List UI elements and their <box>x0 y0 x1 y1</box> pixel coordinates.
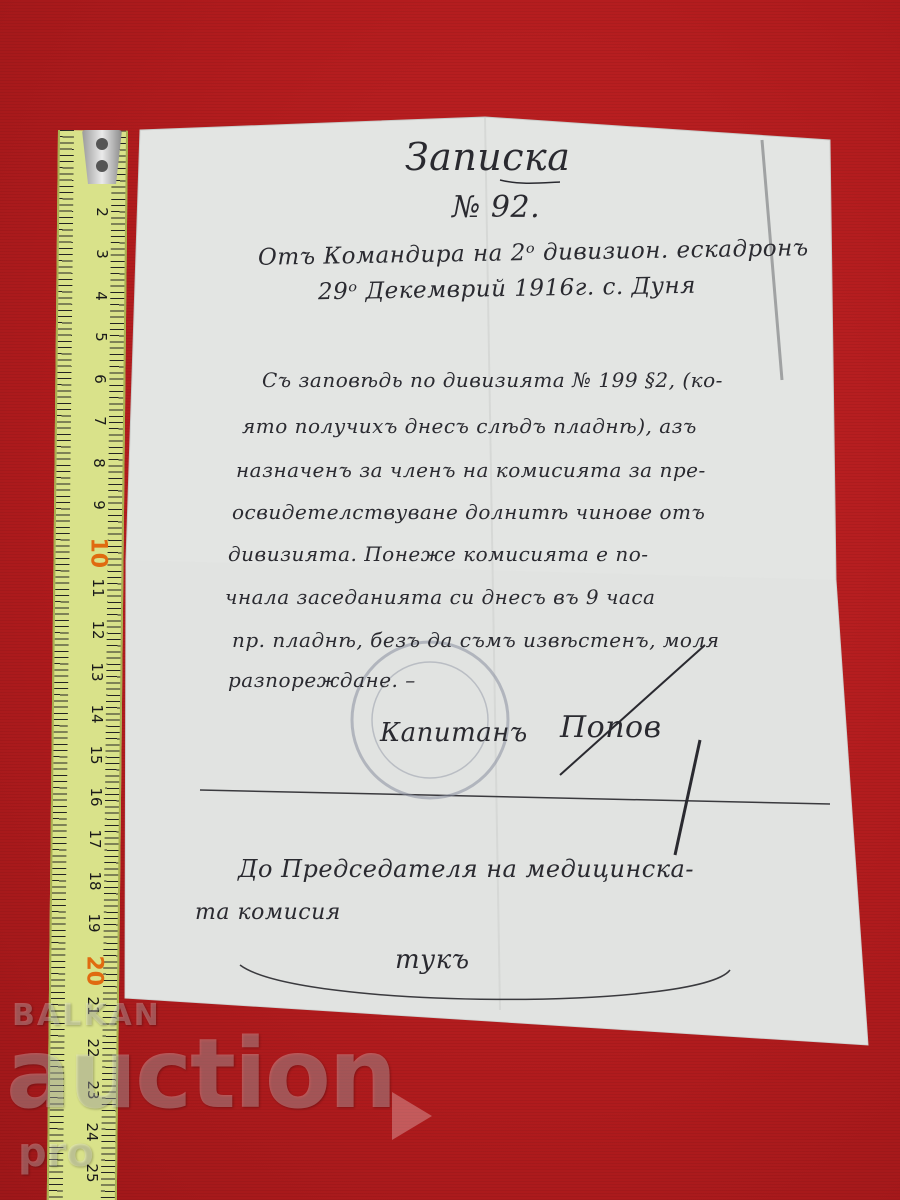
watermark-auction: auction <box>6 1018 395 1130</box>
document-number: № 92. <box>452 190 540 225</box>
signature-rank: Капитанъ <box>380 718 528 748</box>
watermark-pro: pro <box>18 1130 94 1176</box>
addressee-line: та комисия <box>195 900 341 925</box>
body-line: дивизията. Понеже комисията е по- <box>228 542 649 566</box>
body-line: пр. пладнѣ, безъ да съмъ извѣстенъ, моля <box>232 628 719 652</box>
body-line: чнала заседанията си днесъ въ 9 часа <box>225 585 655 609</box>
body-line: освидетелствуване долнитѣ чинове отъ <box>232 500 705 524</box>
document-title: Записка <box>405 135 570 179</box>
addressee-place: тукъ <box>395 945 470 975</box>
signature-name: Попов <box>560 710 662 745</box>
body-line: Съ заповѣдь по дивизията № 199 §2, (ко- <box>262 368 723 392</box>
watermark-play-icon <box>392 1092 432 1140</box>
body-line: разпореждане. – <box>228 668 416 692</box>
body-line: ято получихъ днесъ слѣдъ пладнѣ), азъ <box>242 414 697 438</box>
body-line: назначенъ за членъ на комисията за пре- <box>236 458 706 482</box>
addressee-line: До Председателя на медицинска- <box>238 855 694 883</box>
